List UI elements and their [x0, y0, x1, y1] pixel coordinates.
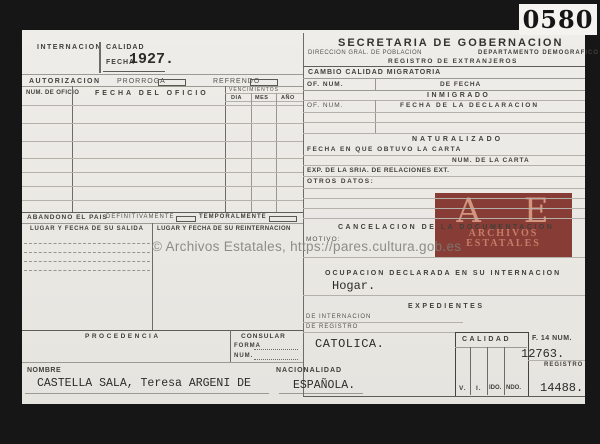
- grid-line: [22, 223, 303, 224]
- ruled-line: [303, 165, 585, 166]
- calidad-table-box: [455, 332, 529, 397]
- ruled-line: [303, 295, 585, 296]
- fecha-oficio-label: FECHA DEL OFICIO: [95, 90, 209, 97]
- fecha-carta-label: FECHA EN QUE OBTUVO LA CARTA: [307, 146, 462, 153]
- table-column-line: [470, 347, 471, 395]
- secretaria-title: SECRETARIA DE GOBERNACION: [338, 37, 563, 49]
- ruled-line: [303, 122, 585, 123]
- ruled-line: [22, 158, 303, 159]
- lugar-reinternacion-label: LUGAR Y FECHA DE SU REINTERNACION: [157, 226, 291, 232]
- ruled-line: [22, 172, 303, 173]
- grid-line: [303, 66, 585, 67]
- consular-label: CONSULAR: [241, 333, 286, 340]
- ruled-line: [24, 261, 150, 262]
- fecha-value: 1927.: [129, 51, 174, 68]
- of-num-label-1: OF. NUM.: [307, 81, 344, 88]
- grid-line: [303, 78, 585, 79]
- de-fecha-label: DE FECHA: [440, 81, 481, 88]
- ruled-line: [303, 155, 585, 156]
- copyright-watermark-text: © Archivos Estatales, https://pares.cult…: [152, 239, 461, 254]
- num-label: NUM.: [234, 353, 253, 359]
- ruled-line: [22, 123, 303, 124]
- naturalizado-label: NATURALIZADO: [412, 136, 503, 143]
- nacionalidad-value: ESPAÑOLA.: [293, 379, 355, 392]
- expedientes-label: EXPEDIENTES: [408, 303, 485, 310]
- table-column-line: [504, 347, 505, 395]
- nombre-value: CASTELLA SALA, Teresa ARGENI DE: [37, 377, 251, 390]
- grid-line: [22, 362, 303, 363]
- of-num-label-2: OF. NUM.: [307, 102, 344, 109]
- procedencia-label: PROCEDENCIA: [85, 333, 161, 340]
- ruled-line: [303, 112, 585, 113]
- de-registro-label: DE REGISTRO: [306, 324, 358, 330]
- registro-value: 14488.: [540, 381, 583, 395]
- cambio-calidad-label: CAMBIO CALIDAD MIGRATORIA: [308, 69, 441, 76]
- grid-line: [22, 74, 303, 75]
- forma-dotted-line: [254, 349, 298, 350]
- ruled-line: [24, 243, 150, 244]
- grid-line: [303, 396, 585, 397]
- name-underline: [25, 393, 269, 394]
- grid-line: [22, 330, 303, 331]
- cancelacion-label: CANCELACION DE LA DOCUMENTACION: [338, 224, 554, 231]
- grid-line: [303, 100, 585, 101]
- ruled-line: [22, 200, 303, 201]
- grid-line: [303, 90, 585, 91]
- scanned-registry-card: 0580 INTERNACION CALIDAD FECHA 1927. AUT…: [0, 0, 600, 444]
- prorroga-box: [158, 79, 186, 86]
- ruled-line: [303, 322, 463, 323]
- grid-line: [22, 212, 303, 213]
- internacion-bracket: [99, 42, 101, 73]
- main-section-divider: [303, 33, 304, 397]
- ruled-line: [303, 257, 585, 258]
- ruled-line: [303, 332, 463, 333]
- direccion-subtitle: DIRECCION GRAL. DE POBLACION: [308, 50, 422, 56]
- temporalmente-box: [269, 216, 297, 222]
- ruled-line: [303, 218, 585, 219]
- f14-label: F. 14 NUM.: [532, 335, 572, 342]
- nationality-underline: [279, 393, 363, 394]
- mes-column-label: MES: [255, 95, 268, 101]
- grid-line: [225, 101, 303, 102]
- grid-line: [22, 86, 303, 87]
- column-divider: [230, 330, 231, 362]
- table-column-line: [251, 93, 252, 212]
- lugar-salida-label: LUGAR Y FECHA DE SU SALIDA: [30, 226, 144, 232]
- fecha-declaracion-label: FECHA DE LA DECLARACION: [400, 102, 539, 109]
- ruled-line: [22, 105, 303, 106]
- definitivamente-label: DEFINITIVAMENTE: [106, 214, 175, 220]
- religion-value: CATOLICA.: [315, 337, 384, 351]
- ano-column-label: AÑO: [281, 95, 295, 101]
- ruled-line: [303, 208, 585, 209]
- de-internacion-label: DE INTERNACION: [306, 314, 371, 320]
- registro-extranjeros-label: REGISTRO DE EXTRANJEROS: [388, 58, 518, 65]
- archive-number-stamp: 0580: [519, 4, 597, 35]
- ruled-line: [303, 198, 585, 199]
- ruled-line: [24, 252, 150, 253]
- grid-line: [225, 93, 303, 94]
- otros-datos-label: OTROS DATOS:: [307, 178, 374, 185]
- temporalmente-label: TEMPORALMENTE: [199, 214, 267, 220]
- registro-label: REGISTRO: [544, 362, 583, 368]
- cell-divider: [375, 78, 376, 90]
- table-column-line: [487, 347, 488, 395]
- dia-column-label: DIA: [231, 95, 242, 101]
- ruled-line: [24, 270, 150, 271]
- f14-value: 12763.: [521, 347, 564, 361]
- ruled-line: [22, 141, 303, 142]
- ocupacion-label: OCUPACION DECLARADA EN SU INTERNACION: [325, 270, 561, 277]
- ruled-line: [303, 133, 585, 134]
- exp-sria-label: EXP. DE LA SRIA. DE RELACIONES EXT.: [307, 167, 449, 174]
- ruled-line: [303, 176, 585, 177]
- nombre-label: NOMBRE: [27, 367, 61, 374]
- inmigrado-label: INMIGRADO: [427, 92, 490, 99]
- autorizacion-label: AUTORIZACION: [29, 78, 101, 85]
- ruled-line: [22, 186, 303, 187]
- calidad-label: CALIDAD: [106, 44, 145, 51]
- ocupacion-value: Hogar.: [332, 279, 375, 293]
- departamento-subtitle: DEPARTAMENTO DEMOGRAFICO: [478, 50, 599, 56]
- grid-line: [455, 347, 527, 348]
- refrendo-box: [250, 79, 278, 86]
- definitivamente-box: [176, 216, 196, 222]
- abandono-label: ABANDONO EL PAIS: [27, 214, 108, 221]
- nacionalidad-label: NACIONALIDAD: [276, 367, 342, 374]
- internacion-label: INTERNACION: [37, 44, 102, 51]
- cell-divider: [375, 100, 376, 133]
- num-carta-label: NUM. DE LA CARTA: [452, 157, 530, 164]
- table-column-line: [276, 93, 277, 212]
- ruled-line: [303, 188, 585, 189]
- fecha-underline: [103, 71, 165, 72]
- num-dotted-line: [254, 359, 298, 360]
